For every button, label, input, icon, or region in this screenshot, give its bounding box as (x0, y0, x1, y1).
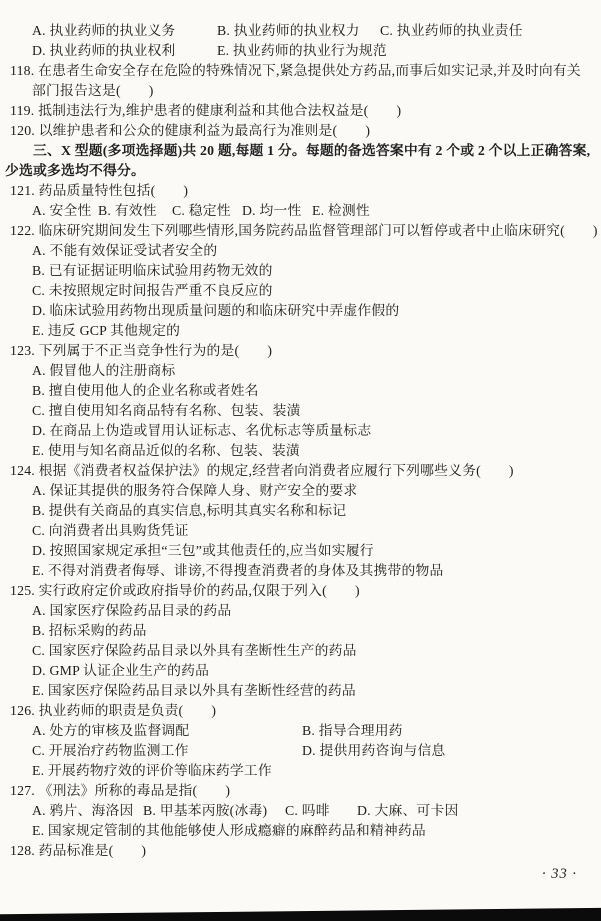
carryover-choices-row-2: D. 执业药师的执业权利 E. 执业药师的执业行为规范 (10, 41, 598, 61)
question-126-choice-e: E. 开展药物疗效的评价等临床药学工作 (10, 761, 598, 781)
question-120: 120. 以维护患者和公众的健康利益为最高行为准则是( ) (10, 121, 598, 141)
section-3-header-line-2: 少选或多选均不得分。 (5, 161, 598, 181)
question-124-choice-a: A. 保证其提供的服务符合保障人身、财产安全的要求 (10, 481, 598, 501)
question-122-stem: 122. 临床研究期间发生下列哪些情形,国务院药品监督管理部门可以暂停或者中止临… (10, 221, 598, 241)
exam-page: A. 执业药师的执业义务 B. 执业药师的执业权力 C. 执业药师的执业责任 D… (0, 0, 601, 921)
question-118-line-1: 118. 在患者生命安全存在危险的特殊情况下,紧急提供处方药品,而事后如实记录,… (10, 61, 598, 81)
question-121-stem: 121. 药品质量特性包括( ) (10, 181, 598, 201)
question-128-stem: 128. 药品标准是( ) (10, 841, 598, 861)
choice-d: D. 执业药师的执业权利 (32, 41, 217, 61)
choice-a: A. 处方的审核及监督调配 (32, 721, 302, 741)
choice-d: D. 提供用药咨询与信息 (302, 741, 445, 761)
question-125-choice-b: B. 招标采购的药品 (10, 621, 598, 641)
question-123-choice-c: C. 擅自使用知名商品特有名称、包装、装潢 (10, 401, 598, 421)
choice-d: D. 大麻、可卡因 (357, 801, 458, 821)
exam-content: A. 执业药师的执业义务 B. 执业药师的执业权力 C. 执业药师的执业责任 D… (10, 21, 598, 861)
choice-a: A. 鸦片、海洛因 (32, 801, 143, 821)
choice-b: B. 有效性 (98, 201, 172, 221)
question-127-choice-e: E. 国家规定管制的其他能够使人形成瘾癖的麻醉药品和精神药品 (10, 821, 598, 841)
choice-e: E. 检测性 (312, 201, 370, 221)
question-124-choice-e: E. 不得对消费者侮辱、诽谤,不得搜查消费者的身体及其携带的物品 (10, 561, 598, 581)
question-121-choices-row: A. 安全性 B. 有效性 C. 稳定性 D. 均一性 E. 检测性 (10, 201, 598, 221)
choice-a: A. 安全性 (32, 201, 98, 221)
choice-c: C. 执业药师的执业责任 (380, 21, 523, 41)
question-127-stem: 127. 《刑法》所称的毒品是指( ) (10, 781, 598, 801)
question-119: 119. 抵制违法行为,维护患者的健康利益和其他合法权益是( ) (10, 101, 598, 121)
question-123-choice-b: B. 擅自使用他人的企业名称或者姓名 (10, 381, 598, 401)
question-124-choice-c: C. 向消费者出具购货凭证 (10, 521, 598, 541)
choice-c: C. 吗啡 (285, 801, 357, 821)
carryover-choices-row-1: A. 执业药师的执业义务 B. 执业药师的执业权力 C. 执业药师的执业责任 (10, 21, 598, 41)
choice-a: A. 执业药师的执业义务 (32, 21, 217, 41)
question-124-choice-d: D. 按照国家规定承担“三包”或其他责任的,应当如实履行 (10, 541, 598, 561)
question-123-choice-e: E. 使用与知名商品近似的名称、包装、装潢 (10, 441, 598, 461)
choice-b: B. 甲基苯丙胺(冰毒) (143, 801, 285, 821)
choice-d: D. 均一性 (242, 201, 312, 221)
question-122-choice-c: C. 未按照规定时间报告严重不良反应的 (10, 281, 598, 301)
question-125-choice-e: E. 国家医疗保险药品目录以外具有垄断性经营的药品 (10, 681, 598, 701)
question-122-choice-a: A. 不能有效保证受试者安全的 (10, 241, 598, 261)
choice-c: C. 稳定性 (172, 201, 242, 221)
question-124-choice-b: B. 提供有关商品的真实信息,标明其真实名称和标记 (10, 501, 598, 521)
question-125-choice-a: A. 国家医疗保险药品目录的药品 (10, 601, 598, 621)
question-123-stem: 123. 下列属于不正当竞争性行为的是( ) (10, 341, 598, 361)
choice-e: E. 执业药师的执业行为规范 (217, 41, 387, 61)
question-126-choices-row-1: A. 处方的审核及监督调配 B. 指导合理用药 (10, 721, 598, 741)
question-123-choice-a: A. 假冒他人的注册商标 (10, 361, 598, 381)
question-123-choice-d: D. 在商品上伪造或冒用认证标志、名优标志等质量标志 (10, 421, 598, 441)
question-126-stem: 126. 执业药师的职责是负责( ) (10, 701, 598, 721)
choice-b: B. 指导合理用药 (302, 721, 403, 741)
question-122-choice-d: D. 临床试验用药物出现质量问题的和临床研究中弄虚作假的 (10, 301, 598, 321)
question-118-line-2: 部门报告这是( ) (10, 81, 598, 101)
question-126-choices-row-2: C. 开展治疗药物监测工作 D. 提供用药咨询与信息 (10, 741, 598, 761)
question-125-choice-c: C. 国家医疗保险药品目录以外具有垄断性生产的药品 (10, 641, 598, 661)
question-125-choice-d: D. GMP 认证企业生产的药品 (10, 661, 598, 681)
choice-b: B. 执业药师的执业权力 (217, 21, 380, 41)
page-number: · 33 · (542, 866, 577, 883)
section-3-header-line-1: 三、X 型题(多项选择题)共 20 题,每题 1 分。每题的备选答案中有 2 个… (10, 141, 598, 161)
choice-c: C. 开展治疗药物监测工作 (32, 741, 302, 761)
question-125-stem: 125. 实行政府定价或政府指导价的药品,仅限于列入( ) (10, 581, 598, 601)
question-127-choices-row: A. 鸦片、海洛因 B. 甲基苯丙胺(冰毒) C. 吗啡 D. 大麻、可卡因 (10, 801, 598, 821)
scan-edge-bar (0, 905, 601, 921)
question-122-choice-b: B. 已有证据证明临床试验用药物无效的 (10, 261, 598, 281)
question-122-choice-e: E. 违反 GCP 其他规定的 (10, 321, 598, 341)
question-124-stem: 124. 根据《消费者权益保护法》的规定,经营者向消费者应履行下列哪些义务( ) (10, 461, 598, 481)
